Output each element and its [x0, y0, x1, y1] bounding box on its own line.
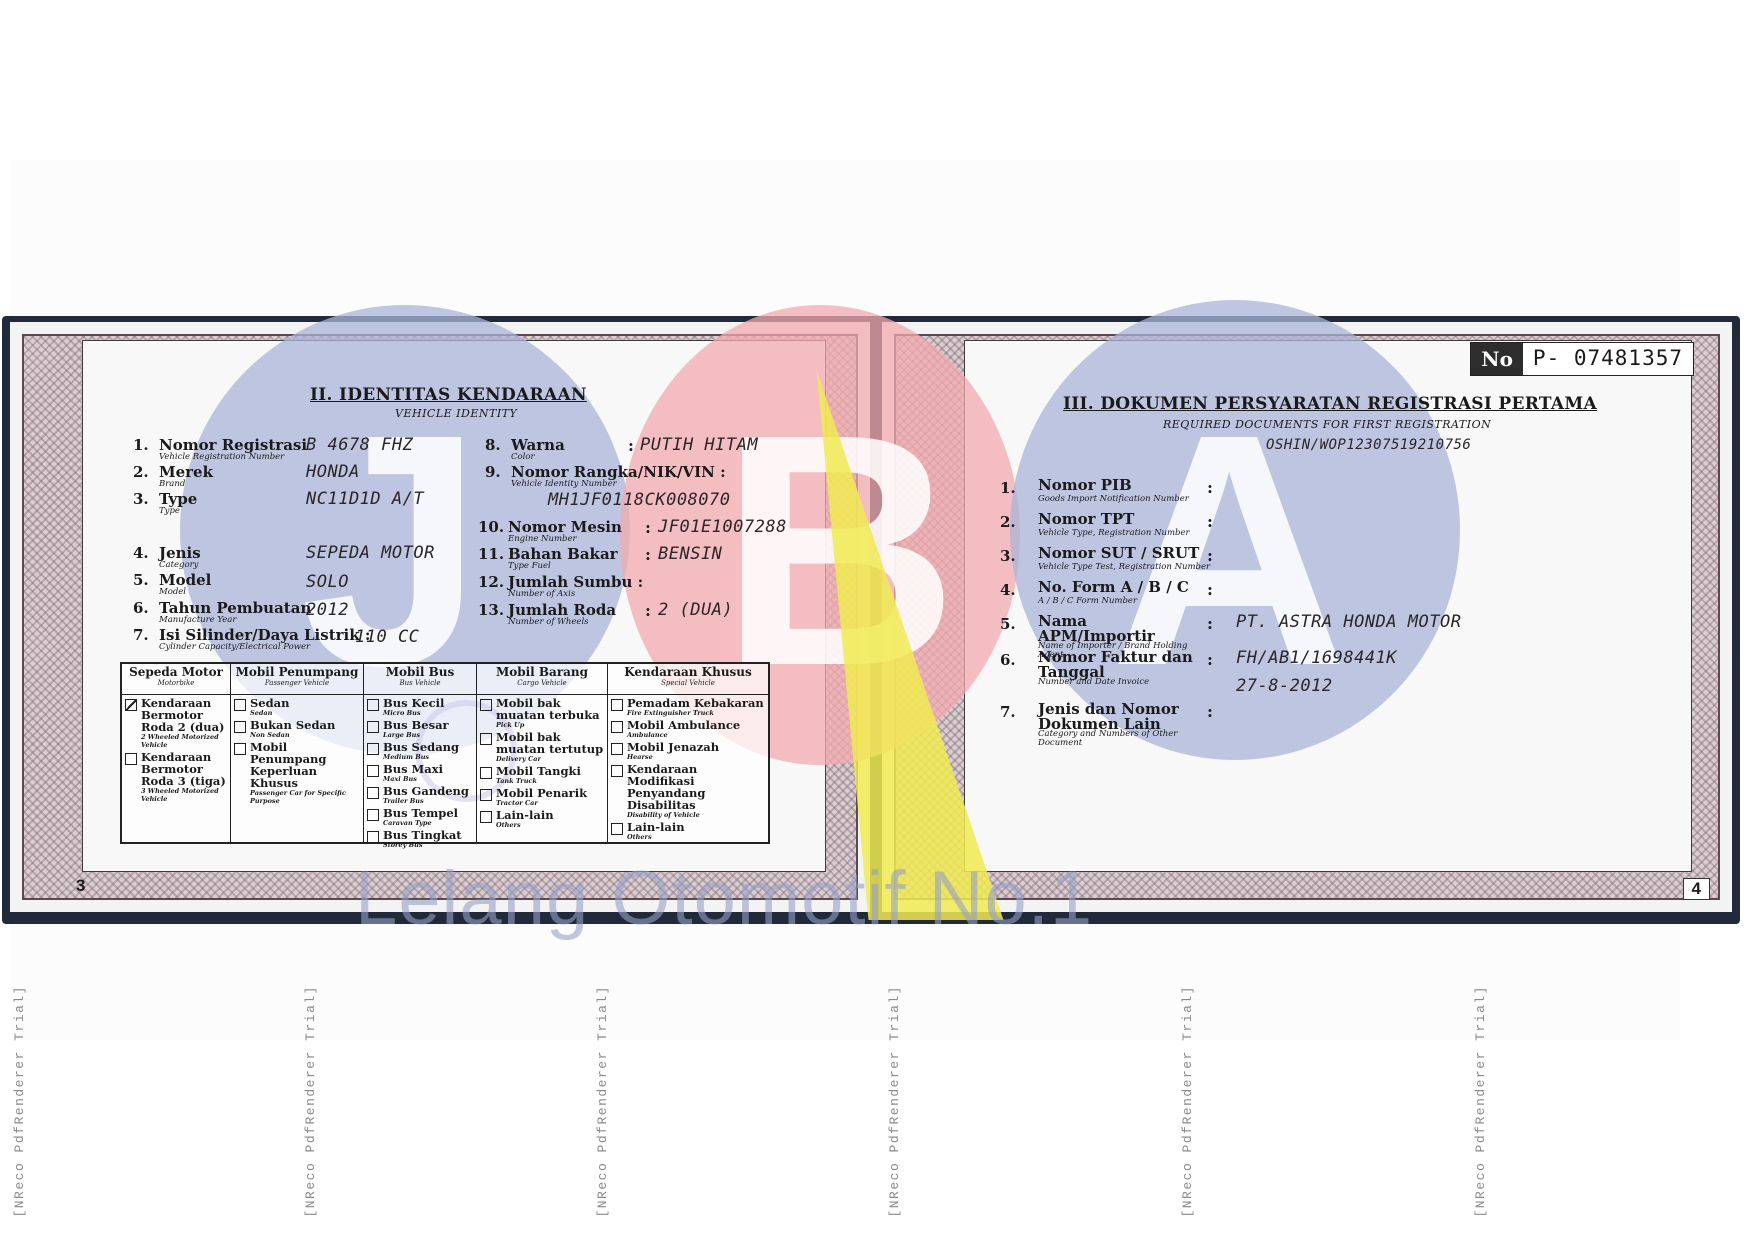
- trial-watermark: [NReco PdfRenderer Trial]: [595, 985, 610, 1218]
- checkbox-icon: [234, 721, 246, 733]
- trial-watermark: [NReco PdfRenderer Trial]: [887, 985, 902, 1218]
- checkbox-icon: [367, 699, 379, 711]
- field-number: 1.: [133, 436, 159, 454]
- category-option: Pemadam KebakaranFire Extinguisher Truck: [608, 695, 768, 717]
- field-colon: :: [1207, 546, 1213, 565]
- field-colon: :: [645, 601, 651, 620]
- section-subtitle-vehicle-identity: VEHICLE IDENTITY: [395, 407, 517, 420]
- checkbox-icon: [611, 765, 623, 777]
- category-option: Bus TempelCaravan Type: [364, 805, 476, 827]
- serial-number-label: No: [1471, 343, 1523, 375]
- field-value: PUTIH HITAM: [640, 435, 758, 455]
- field-number: 4.: [133, 544, 159, 562]
- checkbox-checked-icon: [125, 699, 137, 711]
- category-option: Mobil AmbulanceAmbulance: [608, 717, 768, 739]
- reference-number: OSHIN/WOP12307519210756: [1266, 437, 1471, 453]
- checkbox-icon: [367, 765, 379, 777]
- checkbox-icon: [480, 733, 492, 745]
- field-5: 5.ModelModel: [133, 570, 211, 597]
- doc-field-value: PT. ASTRA HONDA MOTOR: [1236, 612, 1461, 632]
- field-value: NC11D1D A/T: [306, 489, 424, 509]
- doc-field-value: FH/AB1/1698441K: [1236, 648, 1397, 668]
- field-11: 11.Bahan BakarType Fuel: [478, 544, 618, 571]
- field-colon: :: [628, 436, 634, 455]
- section-title-vehicle-identity: II. IDENTITAS KENDARAAN: [310, 385, 587, 405]
- category-column: Kendaraan KhususSpecial VehiclePemadam K…: [608, 664, 768, 842]
- checkbox-icon: [367, 721, 379, 733]
- field-number: 10.: [478, 518, 508, 536]
- field-value: BENSIN: [658, 544, 722, 564]
- checkbox-icon: [125, 753, 137, 765]
- section-subtitle-required-documents: REQUIRED DOCUMENTS FOR FIRST REGISTRATIO…: [1163, 418, 1491, 431]
- field-number: 3.: [133, 490, 159, 508]
- category-header: Mobil BusBus Vehicle: [364, 664, 476, 695]
- category-option: Bus MaxiMaxi Bus: [364, 761, 476, 783]
- serial-number-box: No P- 07481357: [1470, 342, 1694, 376]
- field-12: 12.Jumlah Sumbu :Number of Axis: [478, 572, 643, 599]
- field-value: 2012: [306, 600, 349, 620]
- category-option: Kendaraan Modifikasi Penyandang Disabili…: [608, 761, 768, 819]
- field-number: 9.: [485, 463, 511, 481]
- field-colon: :: [1207, 614, 1213, 633]
- field-label-en: Category: [159, 560, 201, 570]
- category-column: Mobil PenumpangPassenger VehicleSedanSed…: [231, 664, 364, 842]
- page-number-right: 4: [1683, 878, 1710, 900]
- category-option: Bus TingkatStorey Bus: [364, 827, 476, 849]
- category-header: Kendaraan KhususSpecial Vehicle: [608, 664, 768, 695]
- category-option: Bus GandengTrailer Bus: [364, 783, 476, 805]
- category-option: Mobil JenazahHearse: [608, 739, 768, 761]
- checkbox-icon: [480, 811, 492, 823]
- field-colon: :: [1207, 580, 1213, 599]
- category-option: Mobil PenarikTractor Car: [477, 785, 607, 807]
- category-option: Bus SedangMedium Bus: [364, 739, 476, 761]
- field-number: 13.: [478, 601, 508, 619]
- watermark-tagline: Lelang Otomotif No.1: [355, 855, 1093, 942]
- checkbox-icon: [367, 809, 379, 821]
- checkbox-icon: [480, 699, 492, 711]
- field-number: 12.: [478, 573, 508, 591]
- trial-watermark: [NReco PdfRenderer Trial]: [1180, 985, 1195, 1218]
- field-2: 2.MerekBrand: [133, 462, 213, 489]
- trial-watermark: [NReco PdfRenderer Trial]: [12, 985, 27, 1218]
- field-9: 9.Nomor Rangka/NIK/VIN :Vehicle Identity…: [485, 462, 726, 489]
- checkbox-icon: [480, 767, 492, 779]
- doc-field-1: 1.Nomor PIBGoods Import Notification Num…: [1000, 478, 1189, 504]
- field-value: 110 CC: [355, 627, 419, 647]
- field-colon: :: [1207, 512, 1213, 531]
- checkbox-icon: [611, 743, 623, 755]
- category-option: Bus KecilMicro Bus: [364, 695, 476, 717]
- field-number: 5.: [133, 571, 159, 589]
- field-value: 2 (DUA): [658, 600, 733, 620]
- doc-field-3: 3.Nomor SUT / SRUTVehicle Type Test, Reg…: [1000, 546, 1210, 572]
- field-number: 6.: [133, 599, 159, 617]
- page-number-left: 3: [76, 876, 85, 896]
- category-option: Mobil Penumpang Keperluan KhususPassenge…: [231, 739, 363, 805]
- category-option: Mobil bak muatan terbukaPick Up: [477, 695, 607, 729]
- field-value: JF01E1007288: [658, 517, 787, 537]
- doc-field-value-date: 27-8-2012: [1236, 676, 1333, 696]
- category-column: Sepeda MotorMotorbikeKendaraan Bermotor …: [122, 664, 231, 842]
- vehicle-category-table: Sepeda MotorMotorbikeKendaraan Bermotor …: [120, 662, 770, 844]
- category-column: Mobil BarangCargo VehicleMobil bak muata…: [477, 664, 608, 842]
- category-option: Bus BesarLarge Bus: [364, 717, 476, 739]
- field-number: 8.: [485, 436, 511, 454]
- category-column: Mobil BusBus VehicleBus KecilMicro BusBu…: [364, 664, 477, 842]
- category-option: Bukan SedanNon Sedan: [231, 717, 363, 739]
- checkbox-icon: [234, 699, 246, 711]
- category-option: SedanSedan: [231, 695, 363, 717]
- field-7: 7.Isi Silinder/Daya Listrik :Cylinder Ca…: [133, 625, 370, 652]
- category-option: Mobil bak muatan tertutupDelivery Car: [477, 729, 607, 763]
- category-header: Mobil PenumpangPassenger Vehicle: [231, 664, 363, 695]
- field-value: SOLO: [306, 572, 349, 592]
- field-8: 8.WarnaColor: [485, 435, 565, 462]
- checkbox-icon: [367, 743, 379, 755]
- field-colon: :: [1207, 478, 1213, 497]
- serial-number-value: P- 07481357: [1523, 343, 1693, 375]
- field-number: 7.: [133, 626, 159, 644]
- field-value: HONDA: [306, 462, 360, 482]
- field-13: 13.Jumlah RodaNumber of Wheels: [478, 600, 616, 627]
- trial-watermark: [NReco PdfRenderer Trial]: [303, 985, 318, 1218]
- field-number: 2.: [133, 463, 159, 481]
- field-value: SEPEDA MOTOR: [306, 543, 435, 563]
- checkbox-icon: [611, 721, 623, 733]
- category-option: Kendaraan Bermotor Roda 2 (dua)2 Wheeled…: [122, 695, 230, 749]
- field-colon: :: [645, 545, 651, 564]
- field-value: MH1JF0118CK008070: [548, 490, 731, 510]
- field-colon: :: [1207, 702, 1213, 721]
- field-colon: :: [1207, 650, 1213, 669]
- category-option: Kendaraan Bermotor Roda 3 (tiga)3 Wheele…: [122, 749, 230, 803]
- doc-field-4: 4.No. Form A / B / CA / B / C Form Numbe…: [1000, 580, 1189, 606]
- field-value: B 4678 FHZ: [306, 435, 413, 455]
- category-option: Lain-lainOthers: [477, 807, 607, 829]
- category-option: Lain-lainOthers: [608, 819, 768, 841]
- trial-watermark: [NReco PdfRenderer Trial]: [1473, 985, 1488, 1218]
- doc-field-6: 6.Nomor Faktur dan TanggalNumber and Dat…: [1000, 650, 1203, 687]
- checkbox-icon: [611, 699, 623, 711]
- field-3: 3.TypeType: [133, 489, 197, 516]
- doc-field-7: 7.Jenis dan Nomor Dokumen LainCategory a…: [1000, 702, 1213, 748]
- checkbox-icon: [480, 789, 492, 801]
- field-6: 6.Tahun PembuatanManufacture Year: [133, 598, 311, 625]
- category-header: Sepeda MotorMotorbike: [122, 664, 230, 695]
- checkbox-icon: [367, 787, 379, 799]
- doc-field-2: 2.Nomor TPTVehicle Type, Registration Nu…: [1000, 512, 1190, 538]
- field-colon: :: [645, 518, 651, 537]
- field-1: 1.Nomor RegistrasiVehicle Registration N…: [133, 435, 307, 462]
- field-10: 10.Nomor MesinEngine Number: [478, 517, 622, 544]
- checkbox-icon: [234, 743, 246, 755]
- field-number: 11.: [478, 545, 508, 563]
- checkbox-icon: [367, 831, 379, 843]
- section-title-required-documents: III. DOKUMEN PERSYARATAN REGISTRASI PERT…: [1063, 394, 1597, 414]
- field-4: 4.JenisCategory: [133, 543, 201, 570]
- category-option: Mobil TangkiTank Truck: [477, 763, 607, 785]
- checkbox-icon: [611, 823, 623, 835]
- category-header: Mobil BarangCargo Vehicle: [477, 664, 607, 695]
